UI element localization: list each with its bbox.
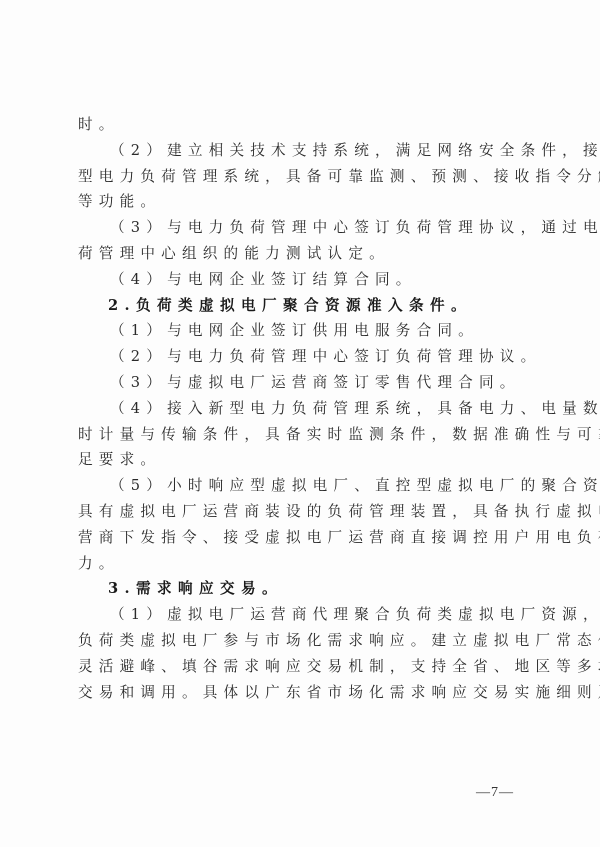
document-body: 时。 （2）建立相关技术支持系统，满足网络安全条件，接入新 型电力负荷管理系统，…: [78, 112, 522, 705]
section-heading: 2.负荷类虚拟电厂聚合资源准入条件。: [78, 293, 522, 319]
paragraph-line: 具有虚拟电厂运营商装设的负荷管理装置，具备执行虚拟电厂运: [78, 499, 522, 525]
list-item-line: （3）与电力负荷管理中心签订负荷管理协议，通过电力负: [78, 215, 522, 241]
list-item-line: （2）与电力负荷管理中心签订负荷管理协议。: [78, 344, 522, 370]
paragraph-line: 时计量与传输条件，具备实时监测条件，数据准确性与可靠性满: [78, 422, 522, 448]
page-number: —7—: [476, 785, 514, 801]
paragraph-line: 力。: [78, 551, 522, 577]
paragraph-line: 荷管理中心组织的能力测试认定。: [78, 241, 522, 267]
list-item-line: （3）与虚拟电厂运营商签订零售代理合同。: [78, 370, 522, 396]
paragraph-line: 时。: [78, 112, 522, 138]
paragraph-line: 灵活避峰、填谷需求响应交易机制，支持全省、地区等多场景的: [78, 654, 522, 680]
paragraph-line: 营商下发指令、接受虚拟电厂运营商直接调控用户用电负荷的能: [78, 525, 522, 551]
list-item-line: （4）接入新型电力负荷管理系统，具备电力、电量数据分: [78, 396, 522, 422]
list-item-line: （4）与电网企业签订结算合同。: [78, 267, 522, 293]
paragraph-line: 足要求。: [78, 447, 522, 473]
paragraph-line: 型电力负荷管理系统，具备可靠监测、预测、接收指令分解执行: [78, 164, 522, 190]
document-page: 时。 （2）建立相关技术支持系统，满足网络安全条件，接入新 型电力负荷管理系统，…: [0, 0, 600, 847]
section-heading: 3.需求响应交易。: [78, 576, 522, 602]
list-item-line: （2）建立相关技术支持系统，满足网络安全条件，接入新: [78, 138, 522, 164]
list-item-line: （1）与电网企业签订供用电服务合同。: [78, 318, 522, 344]
paragraph-line: 负荷类虚拟电厂参与市场化需求响应。建立虚拟电厂常态化参与: [78, 628, 522, 654]
paragraph-line: 交易和调用。具体以广东省市场化需求响应交易实施细则及交易: [78, 680, 522, 706]
list-item-line: （1）虚拟电厂运营商代理聚合负荷类虚拟电厂资源，形成: [78, 602, 522, 628]
list-item-line: （5）小时响应型虚拟电厂、直控型虚拟电厂的聚合资源需: [78, 473, 522, 499]
paragraph-line: 等功能。: [78, 189, 522, 215]
